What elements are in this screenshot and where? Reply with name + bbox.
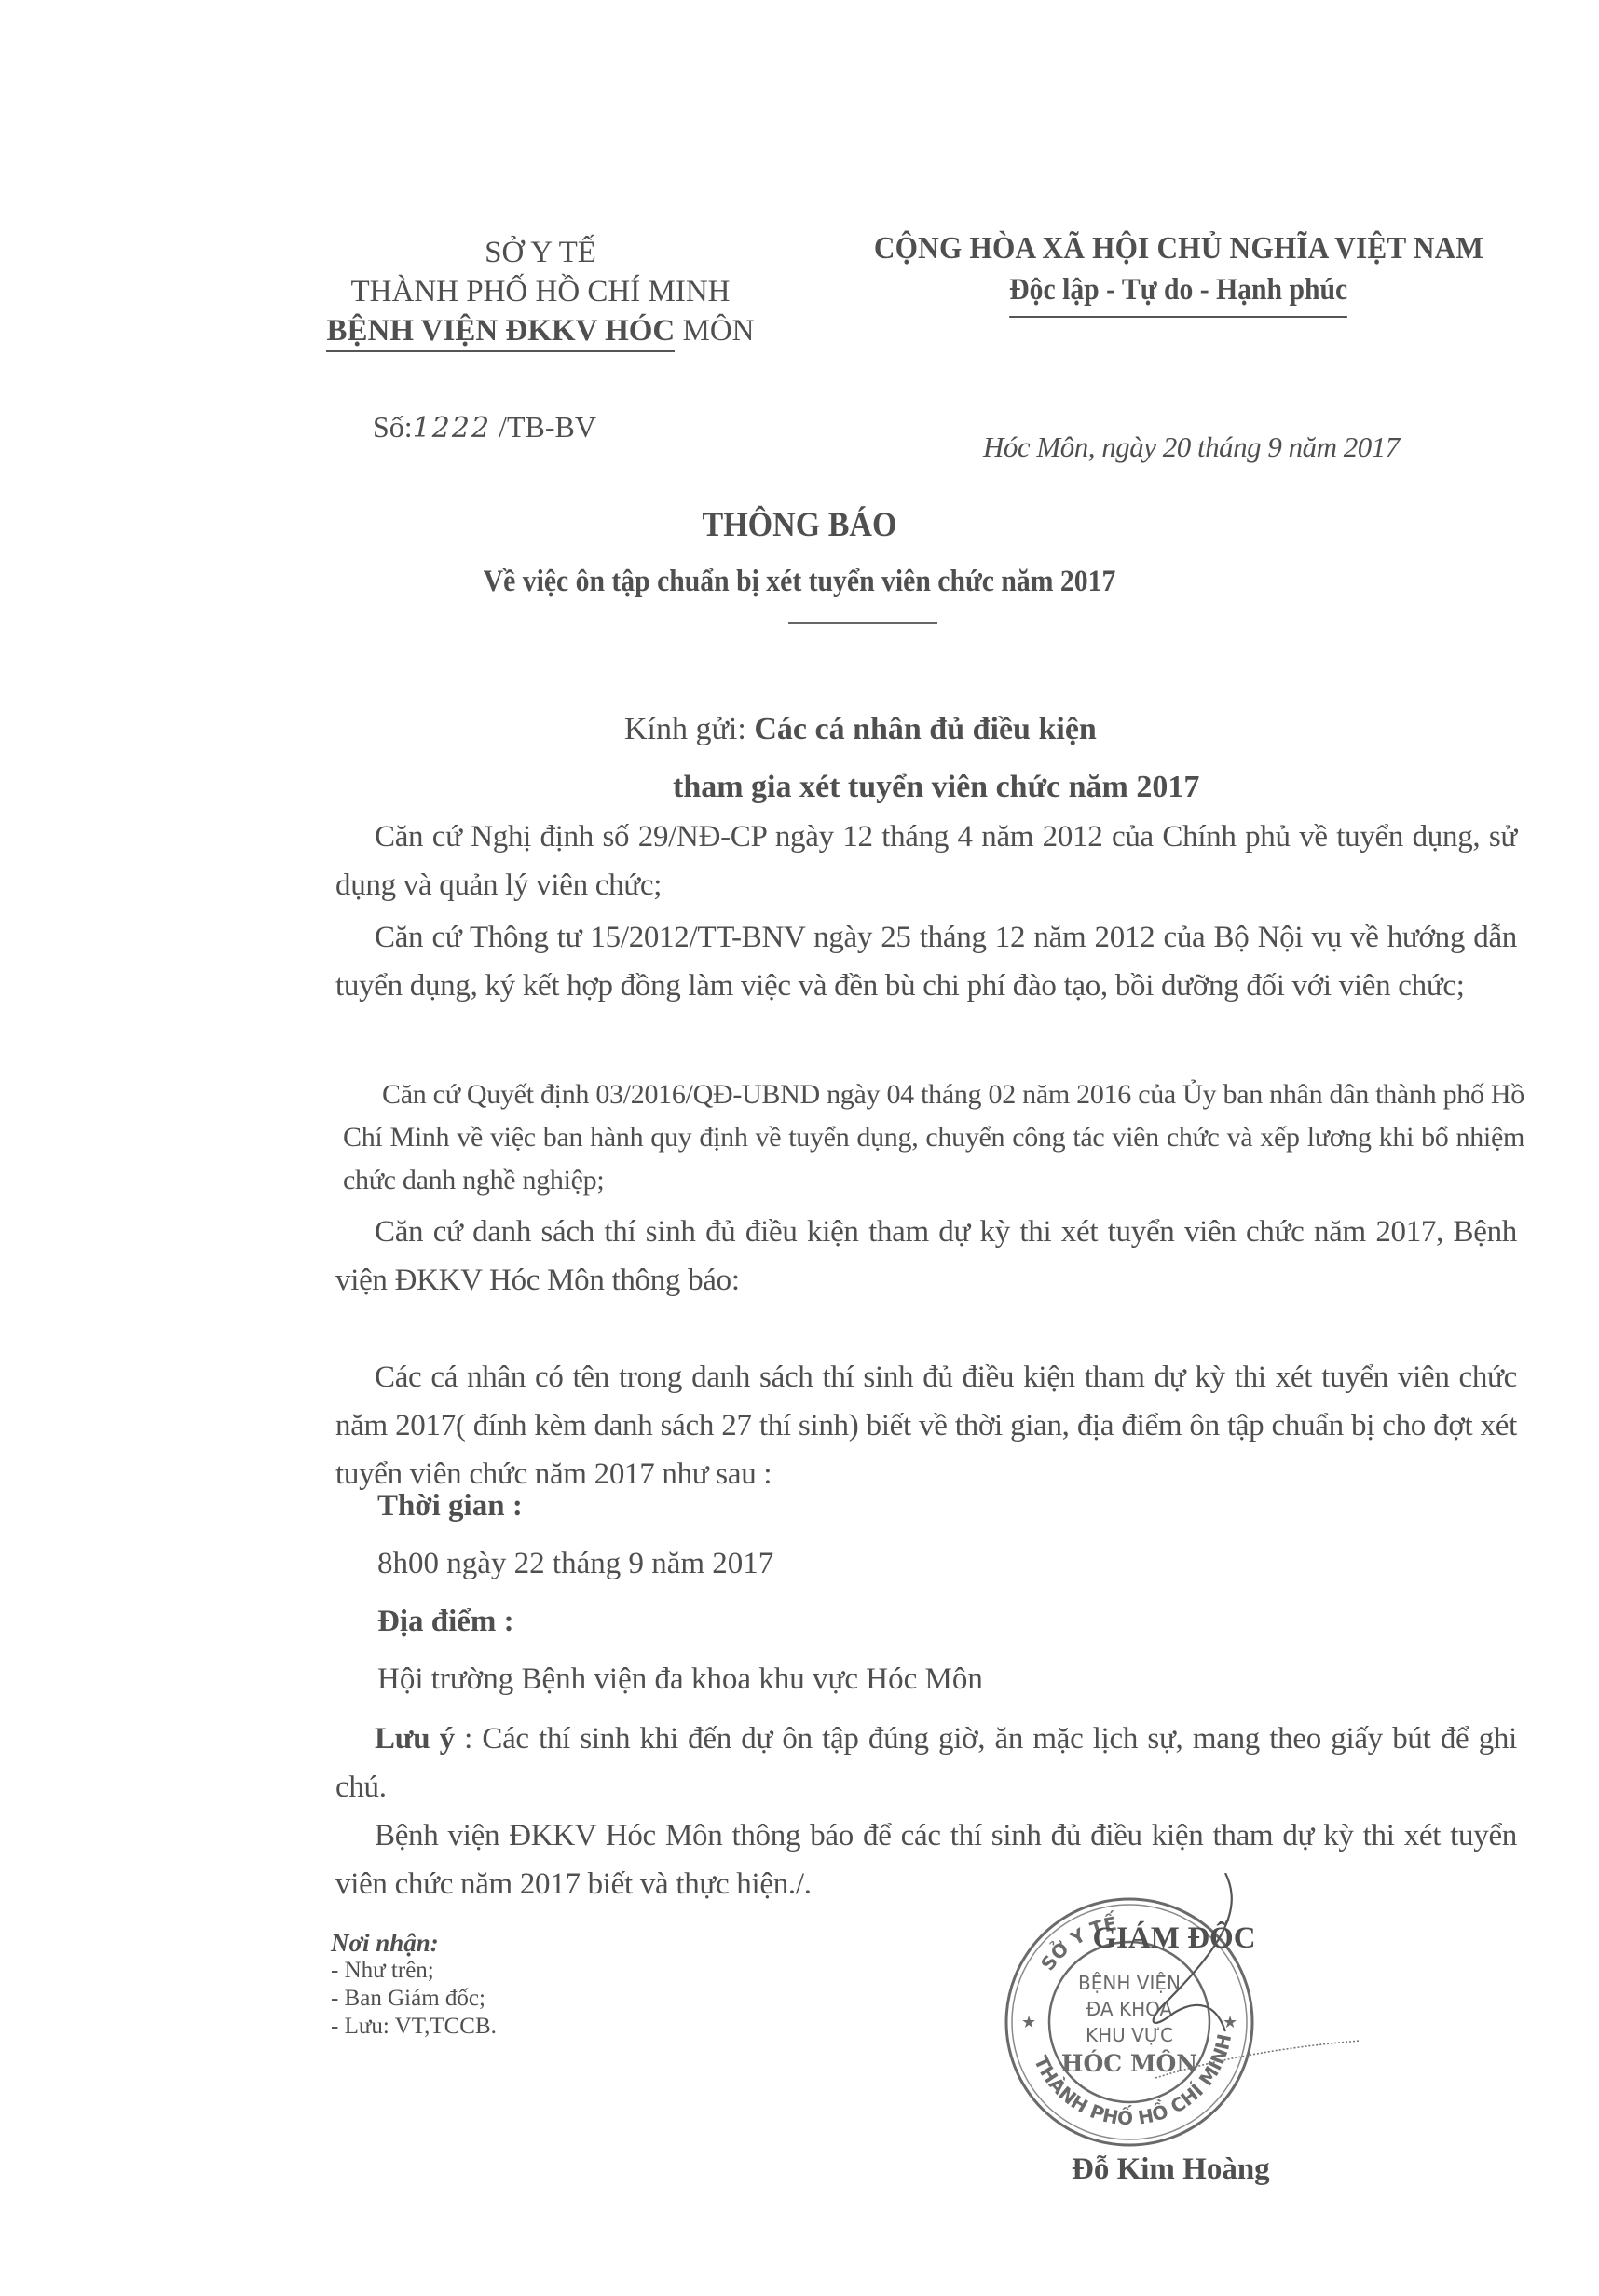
page-subtitle: Về việc ôn tập chuẩn bị xét tuyển viên c…	[80, 565, 1519, 599]
legal-basis-3: Căn cứ Quyết định 03/2016/QĐ-UBND ngày 0…	[343, 1073, 1524, 1202]
legal-basis-2-text: Căn cứ Thông tư 15/2012/TT-BNV ngày 25 t…	[335, 921, 1517, 1003]
place-value: Hội trường Bệnh viện đa khoa khu vực Hóc…	[377, 1662, 983, 1697]
legal-basis-4-text: Căn cứ danh sách thí sinh đủ điều kiện t…	[335, 1215, 1517, 1297]
issuing-authority: SỞ Y TẾ THÀNH PHỐ HỒ CHÍ MINH BỆNH VIỆN …	[280, 233, 801, 352]
distribution-heading: Nơi nhận:	[331, 1929, 497, 1957]
place-label: Địa điểm :	[377, 1605, 514, 1639]
title-divider	[788, 622, 937, 624]
note-label: Lưu ý	[375, 1722, 455, 1756]
page-title: THÔNG BÁO	[64, 505, 1536, 545]
addressee: Kính gửi: Các cá nhân đủ điều kiện tham …	[624, 701, 1199, 816]
distribution-item: - Như trên;	[331, 1957, 497, 1985]
document-date: Hóc Môn, ngày 20 tháng 9 năm 2017	[983, 430, 1400, 464]
legal-basis-2: Căn cứ Thông tư 15/2012/TT-BNV ngày 25 t…	[335, 913, 1517, 1010]
time-label: Thời gian :	[377, 1489, 523, 1524]
motto: Độc lập - Tự do - Hạnh phúc	[1009, 269, 1347, 318]
addressee-line-1: Các cá nhân đủ điều kiện	[754, 712, 1097, 746]
hospital-name-bold: BỆNH VIỆN ĐKKV HÓC	[326, 311, 675, 352]
distribution-list: Nơi nhận: - Như trên; - Ban Giám đốc; - …	[331, 1929, 497, 2041]
legal-basis-1: Căn cứ Nghị định số 29/NĐ-CP ngày 12 thá…	[335, 813, 1517, 909]
time-value: 8h00 ngày 22 tháng 9 năm 2017	[377, 1547, 773, 1581]
authority-line-3: BỆNH VIỆN ĐKKV HÓC MÔN	[280, 311, 801, 352]
doc-number-prefix: Số:	[373, 410, 413, 444]
announcement-body: Các cá nhân có tên trong danh sách thí s…	[335, 1353, 1517, 1498]
country-name: CỘNG HÒA XÃ HỘI CHỦ NGHĨA VIỆT NAM	[840, 228, 1518, 269]
authority-line-1: SỞ Y TẾ	[280, 233, 801, 272]
legal-basis-3-text: Căn cứ Quyết định 03/2016/QĐ-UBND ngày 0…	[343, 1079, 1524, 1196]
addressee-line-2: tham gia xét tuyển viên chức năm 2017	[624, 758, 1199, 816]
doc-number-suffix: /TB-BV	[491, 410, 596, 444]
legal-basis-1-text: Căn cứ Nghị định số 29/NĐ-CP ngày 12 thá…	[335, 820, 1517, 902]
addressee-label: Kính gửi:	[624, 712, 754, 746]
national-motto: CỘNG HÒA XÃ HỘI CHỦ NGHĨA VIỆT NAM Độc l…	[811, 228, 1547, 318]
handwritten-signature-icon	[1025, 1873, 1398, 2097]
doc-number-handwritten: 1222	[413, 412, 491, 444]
distribution-item: - Lưu: VT,TCCB.	[331, 2013, 497, 2041]
signatory-name: Đỗ Kim Hoàng	[1072, 2152, 1270, 2187]
note-text: : Các thí sinh khi đến dự ôn tập đúng gi…	[335, 1722, 1517, 1804]
hospital-name-plain: MÔN	[675, 314, 754, 348]
announcement-body-text: Các cá nhân có tên trong danh sách thí s…	[335, 1360, 1517, 1491]
document-number: Số:1222 /TB-BV	[373, 410, 596, 444]
note: Lưu ý : Các thí sinh khi đến dự ôn tập đ…	[335, 1715, 1517, 1811]
legal-basis-4: Căn cứ danh sách thí sinh đủ điều kiện t…	[335, 1208, 1517, 1305]
authority-line-2: THÀNH PHỐ HỒ CHÍ MINH	[280, 272, 801, 311]
distribution-item: - Ban Giám đốc;	[331, 1985, 497, 2013]
